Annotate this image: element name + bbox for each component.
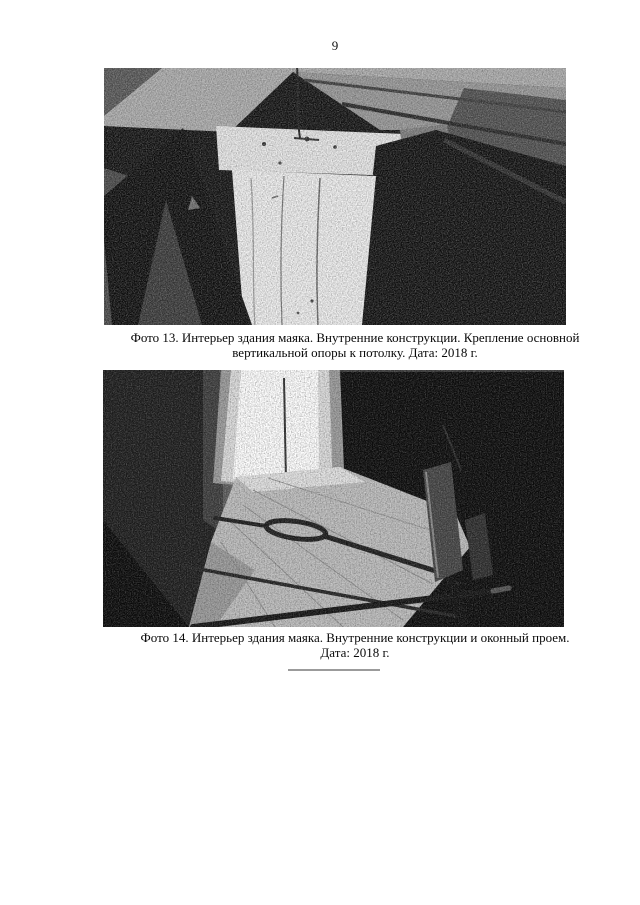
caption-line: вертикальной опоры к потолку. Дата: 2018…	[110, 346, 600, 361]
photo-13-image	[104, 68, 566, 325]
caption-line: Фото 14. Интерьер здания маяка. Внутренн…	[110, 631, 600, 646]
document-page: 9	[0, 0, 640, 905]
page-number: 9	[0, 38, 640, 54]
footnote-divider	[288, 669, 380, 671]
photo-13-caption: Фото 13. Интерьер здания маяка. Внутренн…	[110, 331, 600, 360]
photo-14-caption: Фото 14. Интерьер здания маяка. Внутренн…	[110, 631, 600, 660]
photo-14-image	[103, 370, 564, 627]
caption-line: Дата: 2018 г.	[110, 646, 600, 661]
caption-line: Фото 13. Интерьер здания маяка. Внутренн…	[110, 331, 600, 346]
